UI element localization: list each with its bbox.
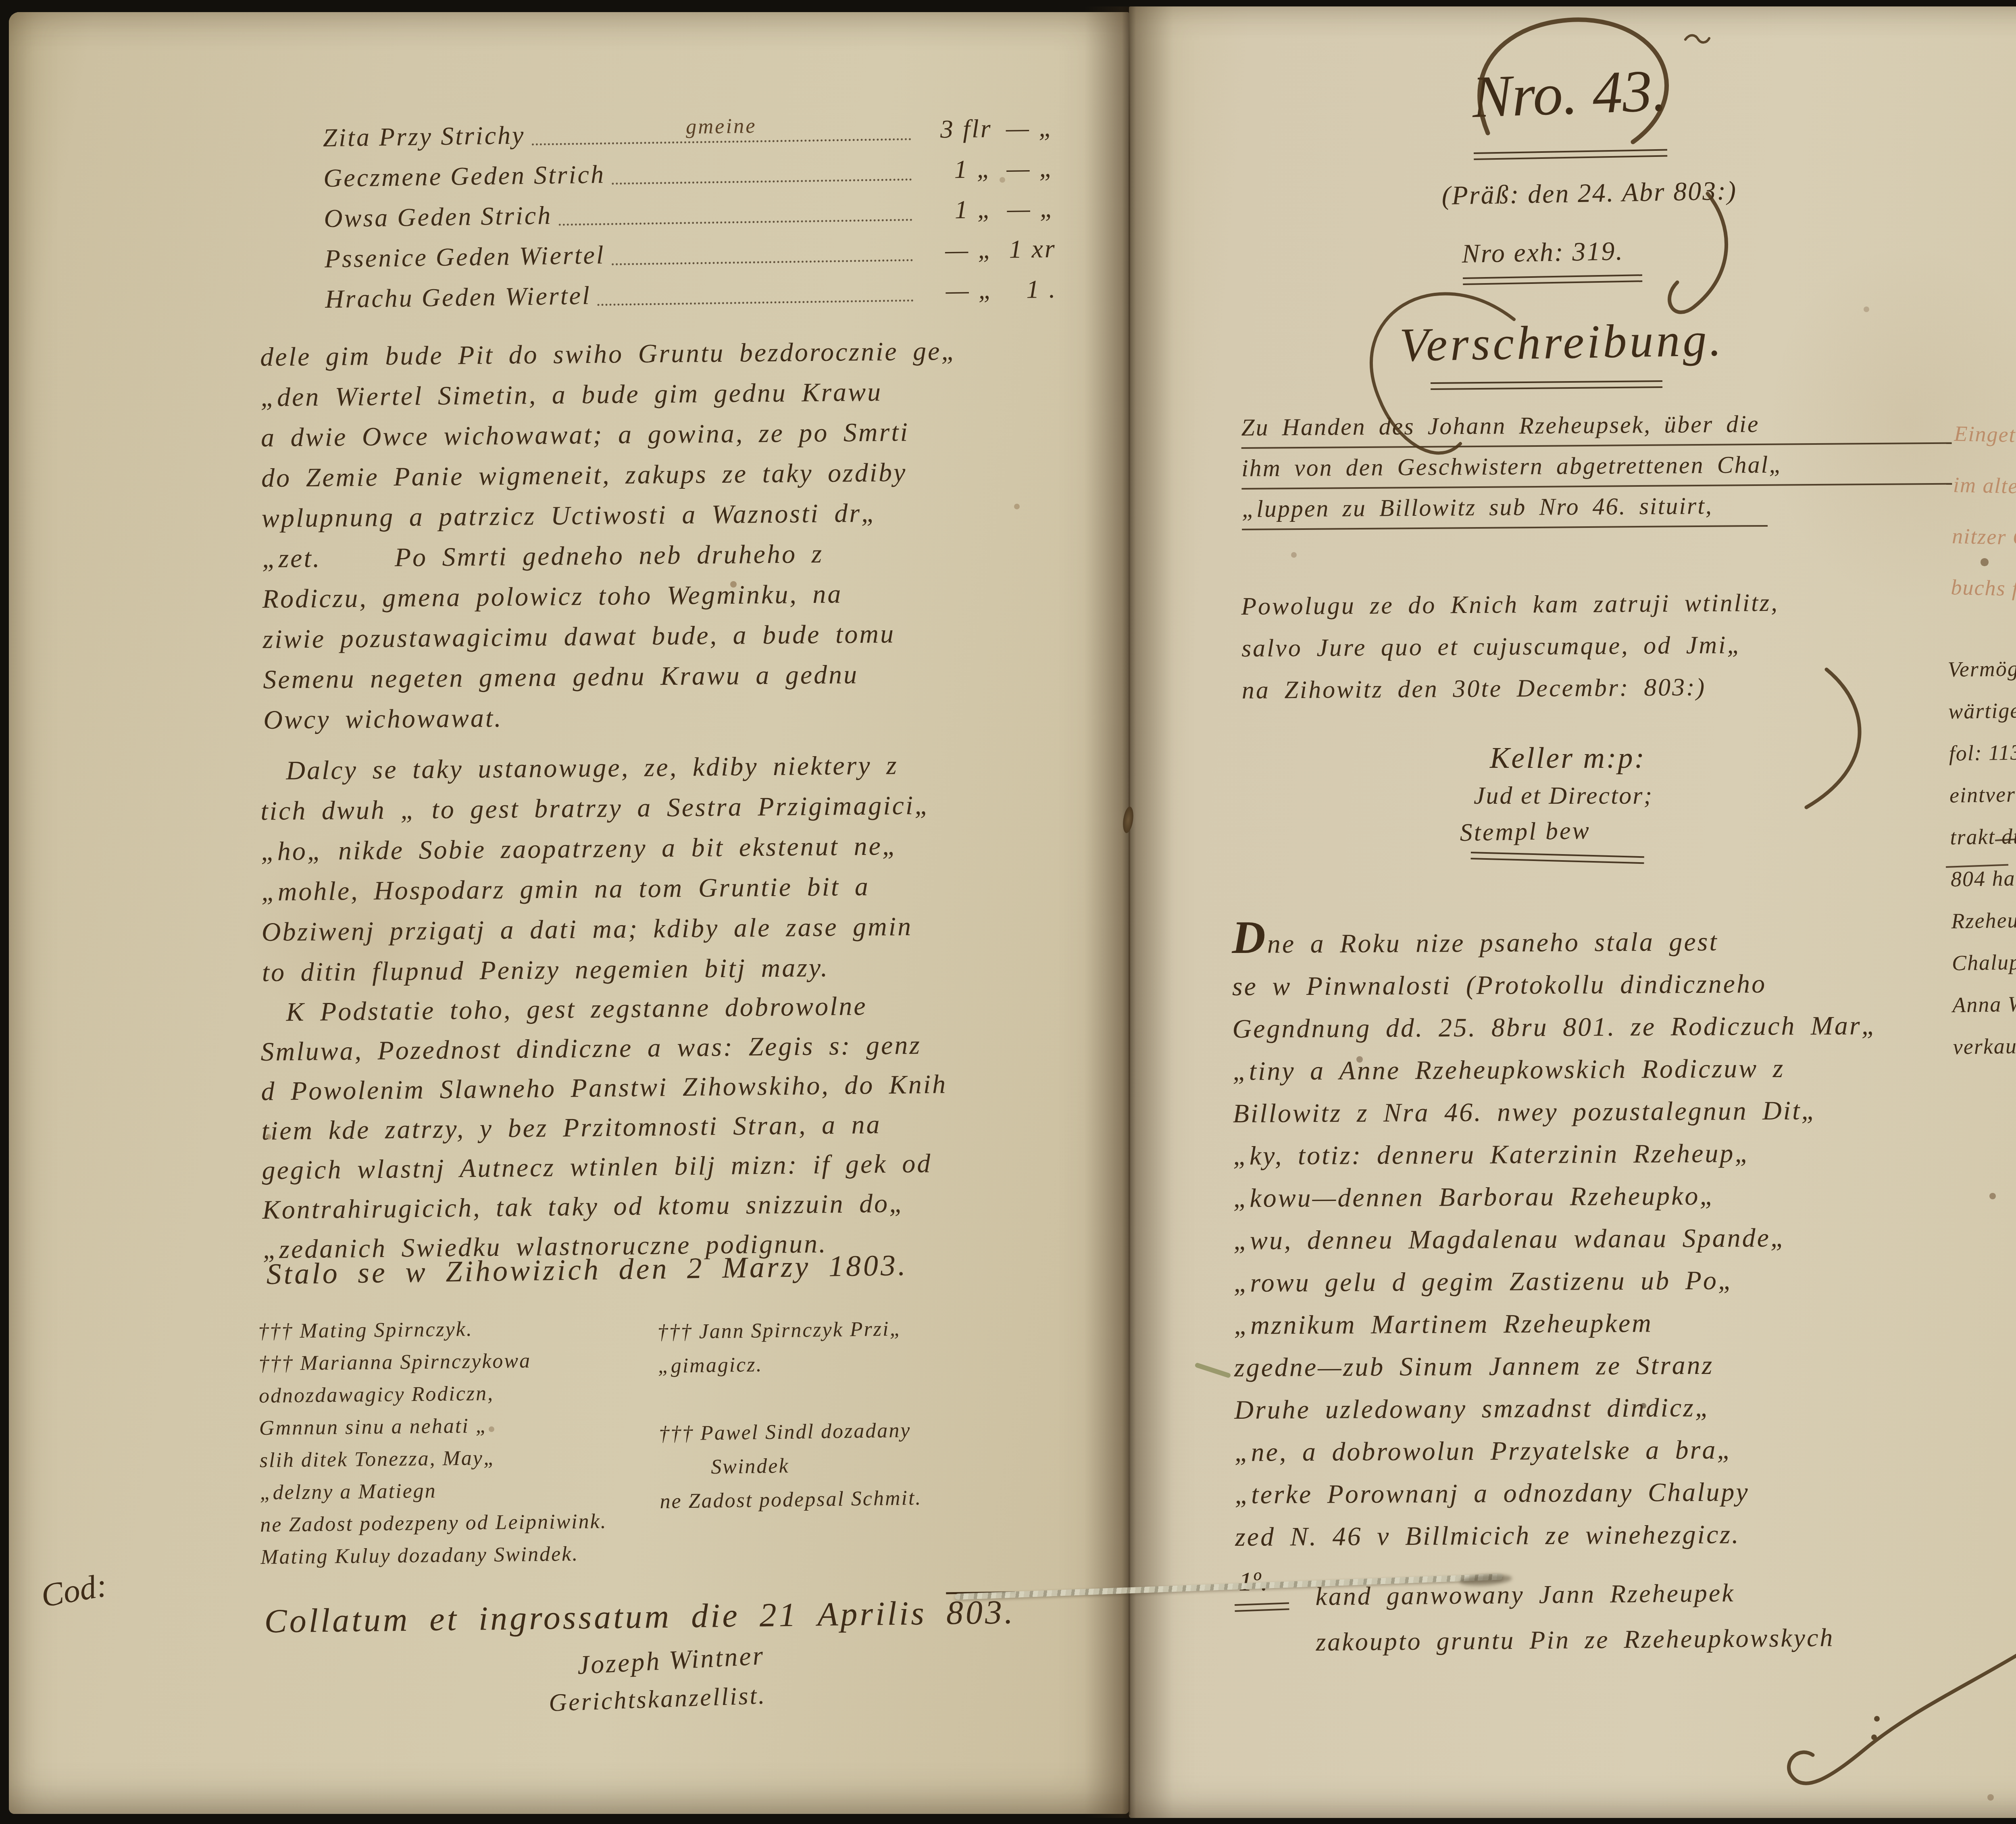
margin-note-line: Anna Wallippin: [1952, 980, 2016, 1026]
margin-note-line: buchs f 291 p: v:: [1950, 562, 2016, 619]
margin-note-line: eintverleibten Kon„: [1949, 770, 2016, 816]
price-item-label: Owsa Geden Strich: [324, 195, 552, 239]
manuscript-line: Dalcy se taky ustanowuge, ze, kdiby niek…: [260, 744, 1067, 791]
manuscript-line: „mznikum Martinem Rzeheupkem: [1234, 1300, 1986, 1347]
official-signature: Keller m:p:: [1490, 741, 1646, 775]
price-item-label: Hrachu Geden Wiertel: [325, 275, 591, 319]
price-florins: 3 flr: [917, 108, 992, 150]
manuscript-line: „ho„ nikde Sobie zaopatrzeny a bit ekste…: [261, 825, 1068, 872]
margin-note-line: im alten Billo „: [1953, 459, 2016, 517]
manuscript-line: „mohle, Hospodarz gmin na tom Gruntie bi…: [261, 865, 1068, 912]
manuscript-line: salvo Jure quo et cujuscumque, od Jmi„: [1241, 622, 1972, 669]
document-heading: Verschreibung.: [1399, 312, 1724, 373]
manuscript-line: wplupnung a patrzicz Uctiwosti a Waznost…: [261, 492, 1066, 539]
manuscript-line: se w Pinwnalosti (Protokollu dindiczneho: [1232, 961, 1985, 1008]
dotted-leader: [612, 179, 912, 185]
manuscript-line: zakoupto gruntu Pin ze Rzeheupkowskych: [1316, 1613, 1977, 1665]
price-item-label: Zita Przy Strichy: [323, 115, 525, 158]
approval-clause: Powolugu ze do Knich kam zatruji wtinlit…: [1241, 580, 1972, 711]
signature-line: Swindek: [659, 1447, 922, 1485]
margin-note-line: Eingetragen ihart: [1954, 408, 2016, 465]
official-title: Jud et Director;: [1474, 782, 1653, 810]
price-kreuzer: — „: [992, 148, 1055, 189]
witness-signatures-left: ††† Mating Spirnczyk.††† Marianna Spirnc…: [258, 1312, 608, 1574]
price-florins: — „: [919, 270, 994, 311]
manuscript-line: „rowu gelu d gegim Zastizenu ub Po„: [1233, 1258, 1986, 1304]
left-paragraph-2: Dalcy se taky ustanowuge, ze, kdiby niek…: [260, 744, 1068, 993]
price-florins: 1 „: [918, 149, 993, 190]
left-paragraph-3: K Podstatie toho, gest zegstanne dobrowo…: [260, 984, 1069, 1270]
manuscript-line: „zet. Po Smrti gedneho neb druheho z: [262, 532, 1066, 579]
docket-number: Nro. 43.: [1452, 56, 1688, 132]
collatum-text: Collatum et ingrossatum die 21 Aprilis: [264, 1594, 946, 1640]
price-kreuzer: 1 .: [994, 269, 1057, 310]
signature-line: ††† Marianna Spirnczykowa: [258, 1344, 606, 1380]
signature-line: Mating Kuluy dozadany Swindek.: [260, 1538, 608, 1574]
margin-note-line: Chalupen an die: [1951, 938, 2016, 984]
dotted-leader: gmeine: [531, 98, 911, 146]
leader-inline-word: gmeine: [685, 106, 757, 147]
signature-line: odnozdawagicy Rodiczn,: [259, 1376, 606, 1412]
signature-line: ††† Pawel Sindl dozadany: [659, 1413, 921, 1451]
item-1-marker: 1º.: [1239, 1566, 1268, 1597]
manuscript-line: „luppen zu Billowitz sub Nro 46. situirt…: [1241, 486, 1768, 530]
signature-line: ††† Jann Spirnczyk Przi„: [657, 1312, 920, 1349]
manuscript-line: d Powolenim Slawneho Panstwi Zihowskiho,…: [261, 1063, 1068, 1111]
manuscript-line: „tiny a Anne Rzeheupkowskich Rodiczuw z: [1233, 1046, 1985, 1092]
manuscript-line: Rodiczu, gmena polowicz toho Wegminku, n…: [262, 572, 1067, 619]
manuscript-line: „ne, a dobrowolun Przyatelske a bra„: [1235, 1427, 1987, 1474]
book-gutter-seam: [1129, 8, 1130, 1815]
signature-line: ne Zadost podezpeny od Leipniwink.: [260, 1505, 607, 1541]
manuscript-line: zed N. 46 v Billmicich ze winehezgicz.: [1235, 1512, 1987, 1558]
manuscript-line: „ky, totiz: denneru Katerzinin Rzeheup„: [1233, 1131, 1985, 1177]
signature-line: „gimagicz.: [658, 1346, 920, 1383]
manuscript-line: na Zihowitz den 30te Decembr: 803:): [1241, 664, 1972, 711]
price-florins: — „: [919, 229, 994, 271]
manuscript-line: a dwie Owce wichowawat; a gowina, ze po …: [261, 411, 1066, 458]
manuscript-line: Semenu negeten gmena gednu Krawu a gednu: [263, 653, 1068, 700]
signature-line: [658, 1380, 921, 1417]
price-item-label: Geczmene Geden Strich: [323, 154, 605, 198]
price-kreuzer: — „: [993, 188, 1056, 229]
price-item-label: Pssenice Geden Wiertel: [324, 235, 605, 279]
dotted-leader: [598, 300, 914, 306]
dotted-leader: [558, 219, 912, 226]
manuscript-line: Owcy wichowawat.: [263, 693, 1068, 740]
margin-note-line: wärtigen Grundbuch: [1948, 686, 2016, 732]
margin-note-line: Rzeheupsek diesen: [1951, 896, 2016, 942]
sale-margin-note: Vermög im gegen „wärtigen Grundbuchfol: …: [1947, 644, 2016, 1068]
manuscript-line: ihm von den Geschwistern abgetrettenen C…: [1241, 444, 1952, 490]
faded-margin-note: Eingetragen ihartim alten Billo „nitzer …: [1950, 408, 2016, 619]
manuscript-line: „terke Porownanj a odnozdany Chalupy: [1235, 1470, 1987, 1516]
signature-line: ne Zadost podepsal Schmit.: [660, 1481, 922, 1519]
witness-signatures-right: ††† Jann Spirnczyk Przi„„gimagicz. ††† P…: [657, 1312, 922, 1519]
margin-note-line: verkauft um 308 f.: [1953, 1022, 2016, 1068]
manuscript-line: Powolugu ze do Knich kam zatruji wtinlit…: [1241, 580, 1971, 627]
margin-note-line: nitzer Grund „: [1951, 511, 2016, 568]
manuscript-line: „kowu—dennen Barborau Rzeheupko„: [1233, 1173, 1985, 1219]
manuscript-line: tich dwuh „ to gest bratrzy a Sestra Prz…: [260, 784, 1067, 832]
margin-note-line: fol: 113 sub Nro: 50: [1949, 728, 2016, 774]
signature-line: slih ditek Tonezza, May„: [259, 1441, 606, 1477]
paper-specks: [0, 0, 3, 3]
price-florins: 1 „: [918, 189, 993, 231]
manuscript-line: Billowitz z Nra 46. nwey pozustalegnun D…: [1233, 1088, 1985, 1135]
left-paragraph-1: dele gim bude Pit do swiho Gruntu bezdor…: [260, 330, 1068, 740]
manuscript-line: Gegndnung dd. 25. 8bru 801. ze Rodiczuch…: [1232, 1004, 1985, 1050]
stamp-note: Stempl bew: [1460, 816, 1591, 847]
manuscript-line: Obziwenj przigatj a dati ma; kdiby ale z…: [261, 905, 1068, 953]
manuscript-line: zgedne—zub Sinum Jannem ze Stranz: [1234, 1342, 1987, 1389]
dotted-leader: [612, 259, 913, 265]
manuscript-line: Zu Handen des Johann Rzeheupsek, über di…: [1241, 403, 1952, 449]
manuscript-line: do Zemie Panie wigmeneit, zakups ze taky…: [261, 451, 1066, 498]
margin-note-line: trakt dtto: 3 Aug:: [1950, 812, 2016, 858]
signature-line: Gmnnun sinu a nehati „: [259, 1409, 606, 1445]
manuscript-line: „den Wiertel Simetin, a bude gim gednu K…: [260, 371, 1065, 418]
signature-line: „delzny a Matiegn: [260, 1473, 607, 1509]
manuscript-line: dele gim bude Pit do swiho Gruntu bezdor…: [260, 330, 1065, 377]
subject-clause: Zu Handen des Johann Rzeheupsek, über di…: [1241, 403, 1952, 530]
manuscript-line: Druhe uzledowany smzadnst dindicz„: [1234, 1385, 1987, 1431]
manuscript-line: „wu, denneu Magdalenau wdanau Spande„: [1233, 1215, 1986, 1262]
signature-line: ††† Mating Spirnczyk.: [258, 1312, 605, 1348]
main-body-text: Dne a Roku nize psaneho stala gestse w P…: [1232, 912, 1987, 1558]
manuscript-line: kand ganwowany Jann Rzeheupek: [1315, 1568, 1977, 1619]
grain-price-list: Zita Przy Strichygmeine3 flr— „Geczmene …: [323, 108, 1057, 319]
price-kreuzer: 1 xr: [993, 229, 1056, 270]
manuscript-line: ziwie pozustawagicimu dawat bude, a bude…: [262, 613, 1067, 660]
manuscript-line: Dne a Roku nize psaneho stala gest: [1232, 912, 1984, 965]
price-kreuzer: — „: [992, 108, 1055, 149]
margin-note-line: 804 hat der Johann: [1950, 854, 2016, 900]
presented-date-line: (Präß: den 24. Abr 803:): [1441, 175, 1737, 211]
exhibit-number: Nro exh: 319.: [1462, 236, 1624, 269]
manuscript-scan: Zita Przy Strichygmeine3 flr— „Geczmene …: [0, 0, 2016, 1824]
margin-note-line: Vermög im gegen „: [1947, 644, 2016, 690]
